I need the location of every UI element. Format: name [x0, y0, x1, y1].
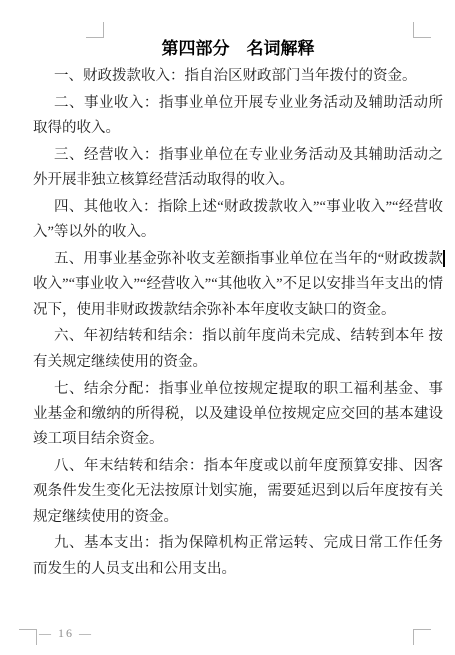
corner-mark-top-right-icon: [413, 22, 431, 38]
corner-mark-bottom-left-icon: [19, 629, 37, 645]
glossary-item-5[interactable]: 五、用事业基金弥补收支差额指事业单位在当年的“财政拨款收入”“事业收入”“经营收…: [33, 247, 443, 323]
glossary-item-4[interactable]: 四、其他收入：指除上述“财政拨款收入”“事业收入”“经营收入”等以外的收入。: [33, 195, 443, 246]
glossary-item-3[interactable]: 三、经营收入：指事业单位在专业业务活动及其辅助活动之外开展非独立核算经营活动取得…: [33, 143, 443, 194]
document-page: 第四部分 名词解释 一、财政拨款收入：指自治区财政部门当年拨付的资金。 二、事业…: [0, 0, 455, 655]
corner-mark-bottom-right-icon: [413, 629, 431, 645]
glossary-item-2[interactable]: 二、事业收入：指事业单位开展专业业务活动及辅助活动所取得的收入。: [33, 91, 443, 142]
corner-mark-top-left-icon: [86, 22, 104, 38]
glossary-item-6[interactable]: 六、年初结转和结余：指以前年度尚未完成、结转到本年 按有关规定继续使用的资金。: [33, 324, 443, 375]
glossary-item-7[interactable]: 七、结余分配：指事业单位按规定提取的职工福利基金、事业基金和缴纳的所得税，以及建…: [33, 377, 443, 453]
document-content: 第四部分 名词解释 一、财政拨款收入：指自治区财政部门当年拨付的资金。 二、事业…: [33, 38, 443, 583]
page-number: — 16 —: [39, 626, 93, 640]
section-title[interactable]: 第四部分 名词解释: [33, 38, 443, 60]
glossary-item-9[interactable]: 九、基本支出：指为保障机构正常运转、完成日常工作任务而发生的人员支出和公用支出。: [33, 531, 443, 582]
glossary-item-1[interactable]: 一、财政拨款收入：指自治区财政部门当年拨付的资金。: [33, 64, 443, 89]
glossary-item-8[interactable]: 八、年末结转和结余：指本年度或以前年度预算安排、因客观条件发生变化无法按原计划实…: [33, 454, 443, 530]
text-cursor: [443, 250, 445, 267]
